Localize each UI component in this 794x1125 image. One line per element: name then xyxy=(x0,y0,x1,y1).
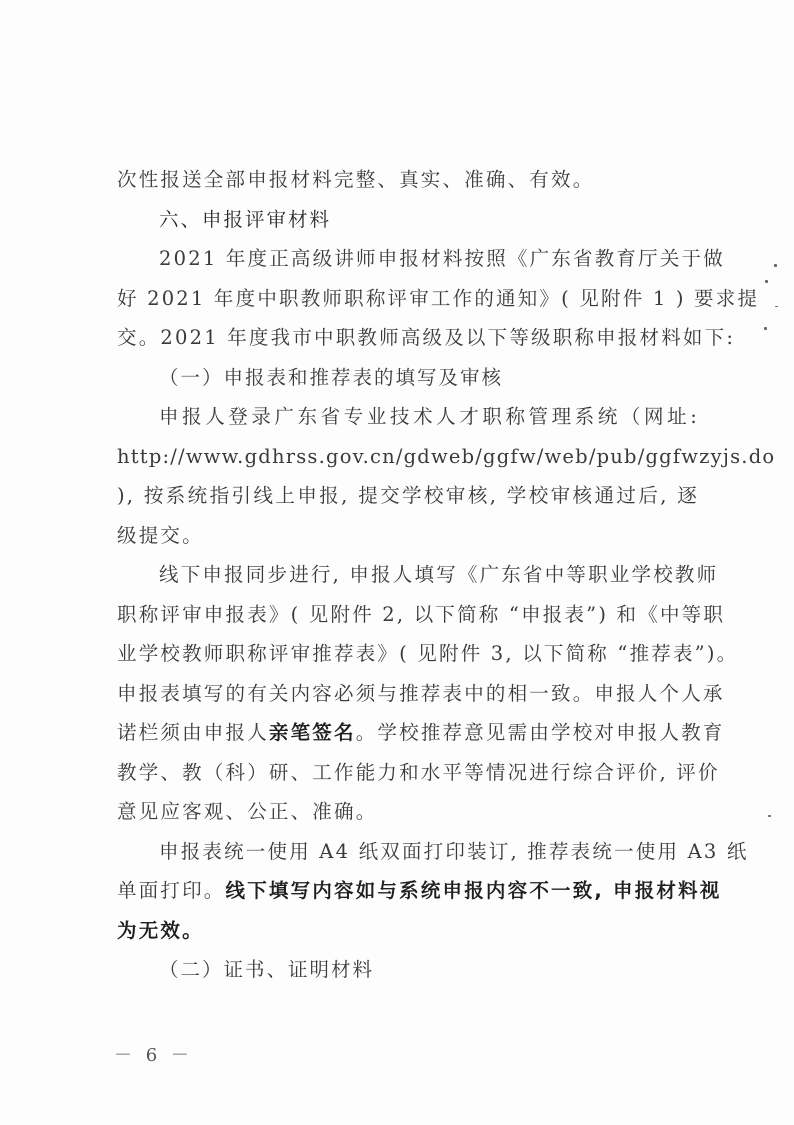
paragraph-line: 申报人登录广东省专业技术人才职称管理系统（网址: xyxy=(117,397,699,437)
line-text: 。学校推荐意见需由学校对申报人教育 xyxy=(356,721,725,744)
paragraph-line: 交。2021 年度我市中职教师高级及以下等级职称申报材料如下: xyxy=(117,318,699,358)
paragraph-line: 线下申报同步进行, 申报人填写《广东省中等职业学校教师 xyxy=(117,555,699,595)
paragraph-line: 职称评审申报表》( 见附件 2, 以下简称 “申报表”) 和《中等职 xyxy=(117,595,699,635)
paragraph-line: 次性报送全部申报材料完整、真实、准确、有效。 xyxy=(117,160,699,200)
emphasis-warning: 为无效。 xyxy=(117,919,204,942)
scan-speck xyxy=(775,306,778,307)
paragraph-line: 2021 年度正高级讲师申报材料按照《广东省教育厅关于做 xyxy=(117,239,699,279)
line-text: 诺栏须由申报人 xyxy=(117,721,269,744)
line-text: 单面打印。 xyxy=(117,879,226,902)
subsection-heading: （二）证书、证明材料 xyxy=(117,950,699,990)
paragraph-line: 单面打印。线下填写内容如与系统申报内容不一致, 申报材料视 xyxy=(117,871,699,911)
emphasis-signature: 亲笔签名 xyxy=(269,721,356,744)
scan-speck xyxy=(764,327,767,330)
paragraph-line: 申报表统一使用 A4 纸双面打印装订, 推荐表统一使用 A3 纸 xyxy=(117,832,699,872)
paragraph-line: ), 按系统指引线上申报, 提交学校审核, 学校审核通过后, 逐 xyxy=(117,476,699,516)
paragraph-line: 教学、教（科）研、工作能力和水平等情况进行综合评价, 评价 xyxy=(117,753,699,793)
page-number: － 6 － xyxy=(114,1041,193,1067)
paragraph-line: 为无效。 xyxy=(117,911,699,951)
scan-speck xyxy=(768,815,771,817)
paragraph-line: 级提交。 xyxy=(117,516,699,556)
paragraph-line: 业学校教师职称评审推荐表》( 见附件 3, 以下简称 “推荐表”)。 xyxy=(117,634,699,674)
paragraph-line: 意见应客观、公正、准确。 xyxy=(117,792,699,832)
section-heading: 六、申报评审材料 xyxy=(117,200,699,240)
subsection-heading: （一）申报表和推荐表的填写及审核 xyxy=(117,358,699,398)
document-body: 次性报送全部申报材料完整、真实、准确、有效。 六、申报评审材料 2021 年度正… xyxy=(117,160,699,990)
scan-speck xyxy=(765,280,768,283)
url-line: http://www.gdhrss.gov.cn/gdweb/ggfw/web/… xyxy=(117,437,699,477)
paragraph-line: 好 2021 年度中职教师职称评审工作的通知》( 见附件 1 ) 要求提 xyxy=(117,279,699,319)
document-page: 次性报送全部申报材料完整、真实、准确、有效。 六、申报评审材料 2021 年度正… xyxy=(0,0,794,1125)
scan-speck xyxy=(774,264,777,267)
paragraph-line: 诺栏须由申报人亲笔签名。学校推荐意见需由学校对申报人教育 xyxy=(117,713,699,753)
paragraph-line: 申报表填写的有关内容必须与推荐表中的相一致。申报人个人承 xyxy=(117,674,699,714)
emphasis-warning: 线下填写内容如与系统申报内容不一致, 申报材料视 xyxy=(226,879,722,902)
